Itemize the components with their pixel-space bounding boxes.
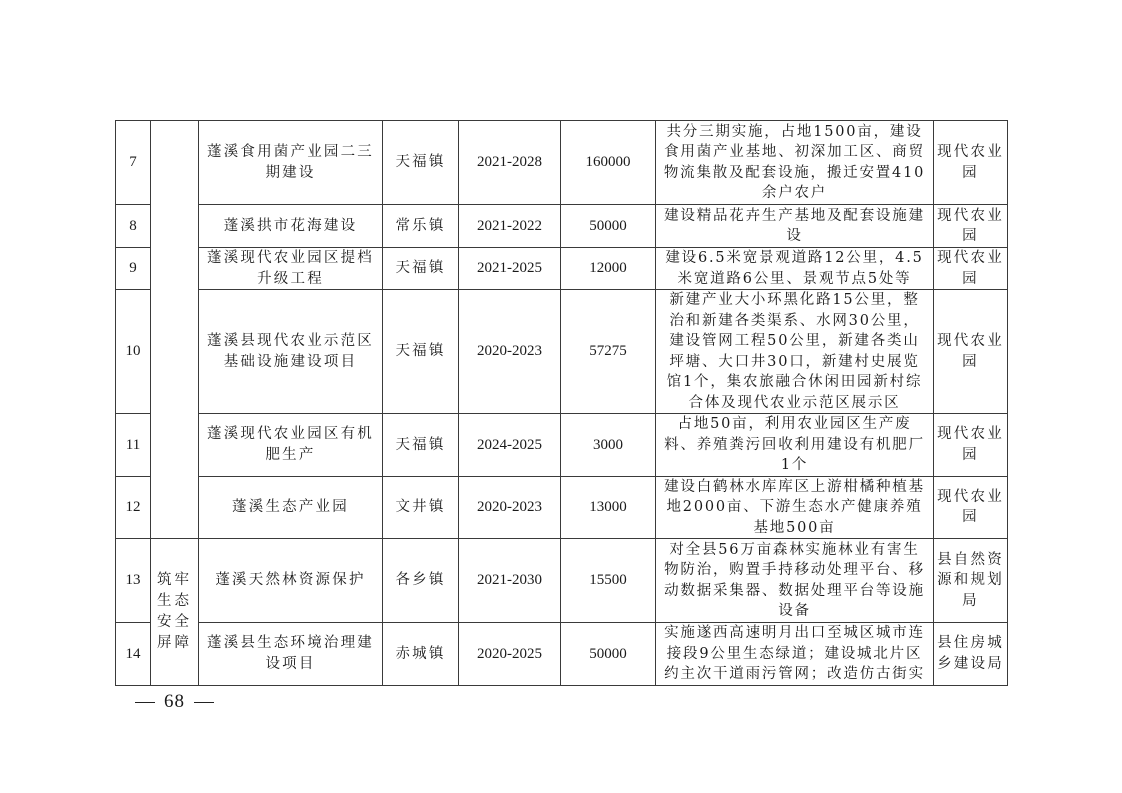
project-investment: 13000 [561,476,656,539]
table-row: 12 蓬溪生态产业园 文井镇 2020-2023 13000 建设白鹤林水库库区… [116,476,1008,539]
dash-right [194,702,214,703]
project-period: 2020-2025 [459,623,561,686]
row-number: 14 [116,623,151,686]
project-name: 蓬溪县生态环境治理建设项目 [199,623,383,686]
project-name: 蓬溪食用菌产业园二三期建设 [199,121,383,205]
project-investment: 3000 [561,414,656,477]
project-location: 天福镇 [383,290,459,414]
project-location: 常乐镇 [383,205,459,248]
project-name: 蓬溪县现代农业示范区基础设施建设项目 [199,290,383,414]
responsible-unit: 现代农业园 [934,414,1008,477]
project-name: 蓬溪现代农业园区有机肥生产 [199,414,383,477]
responsible-unit: 现代农业园 [934,476,1008,539]
project-name: 蓬溪现代农业园区提档升级工程 [199,248,383,290]
project-name: 蓬溪拱市花海建设 [199,205,383,248]
row-number: 10 [116,290,151,414]
row-number: 7 [116,121,151,205]
table-row: 11 蓬溪现代农业园区有机肥生产 天福镇 2024-2025 3000 占地50… [116,414,1008,477]
table-row: 13 筑牢生态安全屏障 蓬溪天然林资源保护 各乡镇 2021-2030 1550… [116,539,1008,623]
row-number: 9 [116,248,151,290]
project-content: 共分三期实施，占地1500亩，建设食用菌产业基地、初深加工区、商贸物流集散及配套… [656,121,934,205]
project-content: 对全县56万亩森林实施林业有害生物防治，购置手持移动处理平台、移动数据采集器、数… [656,539,934,623]
project-period: 2021-2022 [459,205,561,248]
project-content: 建设6.5米宽景观道路12公里，4.5米宽道路6公里、景观节点5处等 [656,248,934,290]
table-row: 9 蓬溪现代农业园区提档升级工程 天福镇 2021-2025 12000 建设6… [116,248,1008,290]
project-investment: 15500 [561,539,656,623]
project-investment: 160000 [561,121,656,205]
responsible-unit: 县住房城乡建设局 [934,623,1008,686]
document-page: 7 蓬溪食用菌产业园二三期建设 天福镇 2021-2028 160000 共分三… [0,0,1122,793]
page-number: 68 [164,691,185,712]
row-number: 13 [116,539,151,623]
project-location: 天福镇 [383,248,459,290]
project-location: 文井镇 [383,476,459,539]
project-name: 蓬溪天然林资源保护 [199,539,383,623]
responsible-unit: 县自然资源和规划局 [934,539,1008,623]
responsible-unit: 现代农业园 [934,121,1008,205]
responsible-unit: 现代农业园 [934,290,1008,414]
table-row: 14 蓬溪县生态环境治理建设项目 赤城镇 2020-2025 50000 实施遂… [116,623,1008,686]
project-investment: 12000 [561,248,656,290]
project-content: 新建产业大小环黑化路15公里，整治和新建各类渠系、水网30公里，建设管网工程50… [656,290,934,414]
project-period: 2020-2023 [459,476,561,539]
project-table: 7 蓬溪食用菌产业园二三期建设 天福镇 2021-2028 160000 共分三… [115,120,1008,686]
row-number: 8 [116,205,151,248]
project-content: 建设白鹤林水库库区上游柑橘种植基地2000亩、下游生态水产健康养殖基地500亩 [656,476,934,539]
category-cell [151,121,199,539]
project-period: 2021-2025 [459,248,561,290]
project-content: 实施遂西高速明月出口至城区城市连接段9公里生态绿道；建设城北片区约主次干道雨污管… [656,623,934,686]
project-investment: 50000 [561,205,656,248]
table-row: 7 蓬溪食用菌产业园二三期建设 天福镇 2021-2028 160000 共分三… [116,121,1008,205]
project-location: 赤城镇 [383,623,459,686]
project-location: 天福镇 [383,121,459,205]
project-investment: 50000 [561,623,656,686]
project-content: 占地50亩，利用农业园区生产废料、养殖粪污回收利用建设有机肥厂1个 [656,414,934,477]
project-period: 2020-2023 [459,290,561,414]
project-period: 2024-2025 [459,414,561,477]
project-location: 天福镇 [383,414,459,477]
table-row: 8 蓬溪拱市花海建设 常乐镇 2021-2022 50000 建设精品花卉生产基… [116,205,1008,248]
category-cell: 筑牢生态安全屏障 [151,539,199,686]
responsible-unit: 现代农业园 [934,248,1008,290]
project-investment: 57275 [561,290,656,414]
row-number: 12 [116,476,151,539]
project-period: 2021-2030 [459,539,561,623]
project-name: 蓬溪生态产业园 [199,476,383,539]
table-row: 10 蓬溪县现代农业示范区基础设施建设项目 天福镇 2020-2023 5727… [116,290,1008,414]
project-content: 建设精品花卉生产基地及配套设施建设 [656,205,934,248]
page-footer: 68 [126,691,223,713]
responsible-unit: 现代农业园 [934,205,1008,248]
project-location: 各乡镇 [383,539,459,623]
dash-left [135,702,155,703]
row-number: 11 [116,414,151,477]
project-period: 2021-2028 [459,121,561,205]
